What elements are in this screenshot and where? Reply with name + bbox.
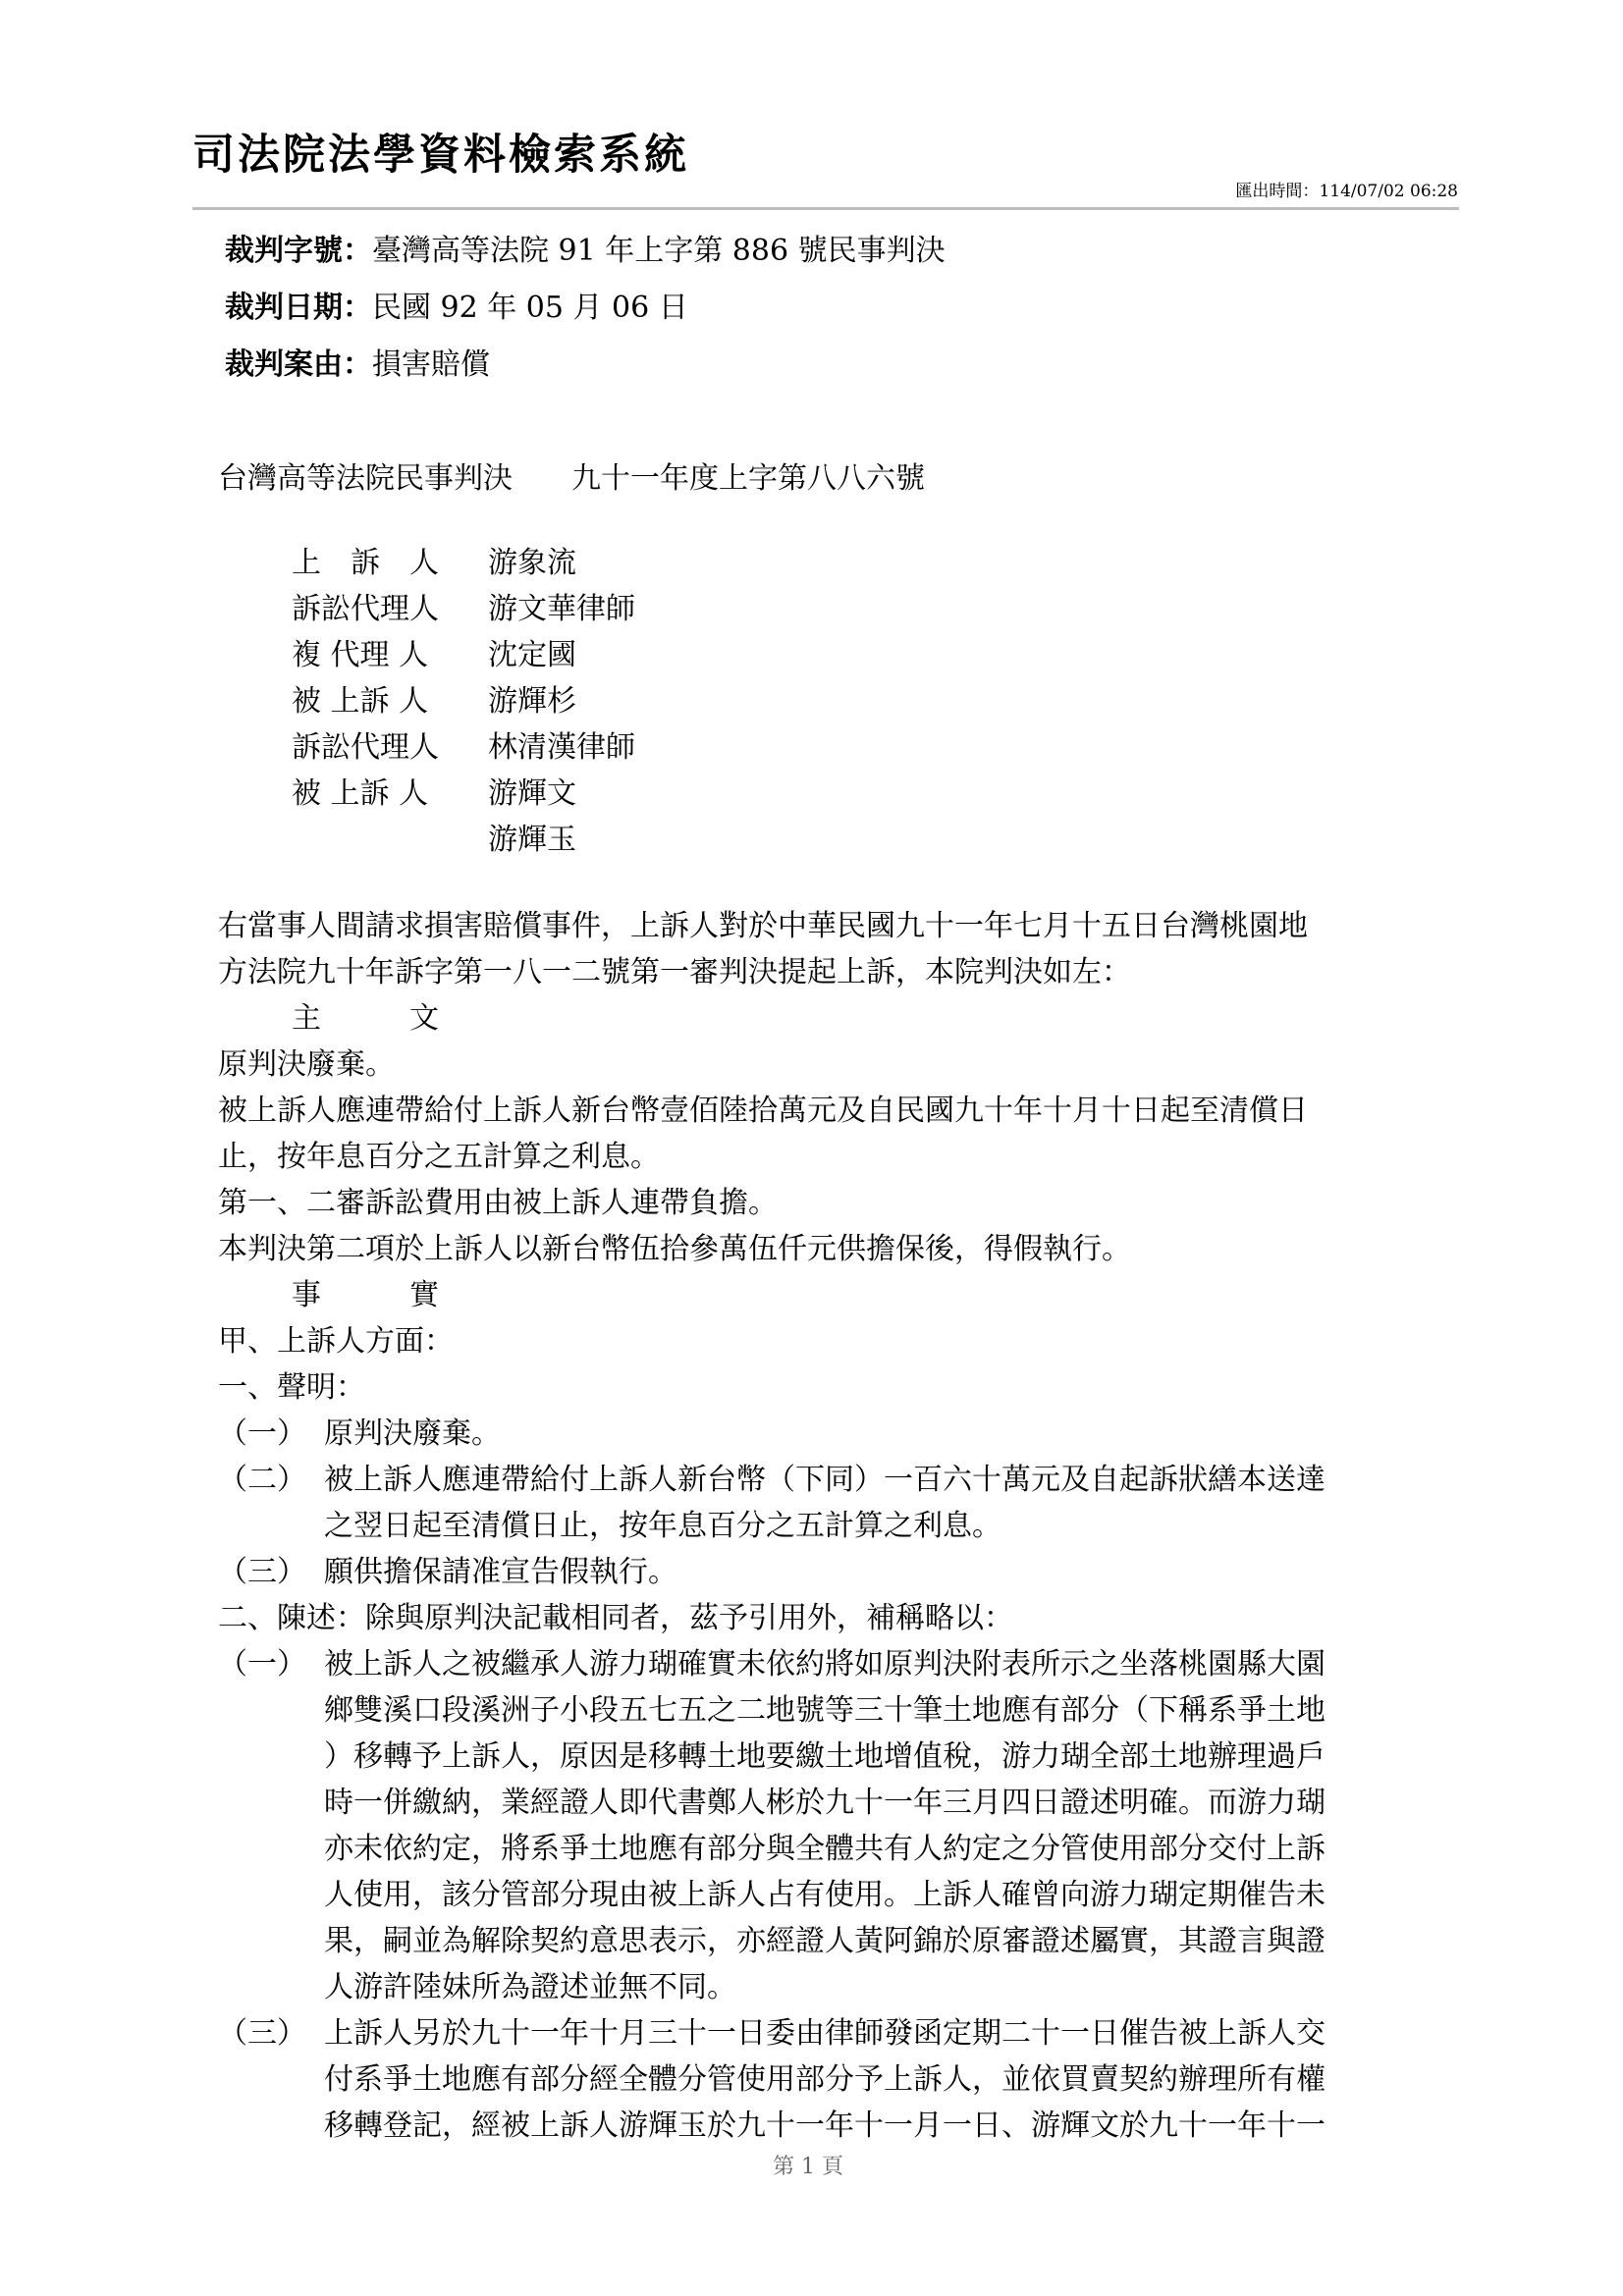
party-name: 游輝杉: [488, 678, 576, 724]
statement-item: （一）被上訴人之被繼承人游力瑚確實未依約將如原判決附表所示之坐落桃園縣大園: [218, 1641, 1457, 1687]
item-continuation: 人游許陸妹所為證述並無不同。: [218, 1964, 1457, 2010]
party-role: 訴訟代理人: [292, 724, 488, 771]
main-line: 本判決第二項於上訴人以新台幣伍拾參萬伍仟元供擔保後，得假執行。: [218, 1226, 1457, 1272]
party-row: 訴訟代理人林清漢律師: [292, 724, 635, 771]
item-text: 上訴人另於九十一年十月三十一日委由律師發函定期二十一日催告被上訴人交: [324, 2016, 1325, 2051]
party-role: [292, 817, 488, 863]
export-time-label: 匯出時間：: [1235, 182, 1319, 201]
party-role: 被 上訴 人: [292, 678, 488, 724]
item-number: （二）: [218, 1457, 324, 1503]
meta-value: 臺灣高等法院 91 年上字第 886 號民事判決: [372, 234, 946, 268]
item-text: 被上訴人之被繼承人游力瑚確實未依約將如原判決附表所示之坐落桃園縣大園: [324, 1647, 1325, 1682]
meta-judgment-date: 裁判日期：民國 92 年 05 月 06 日: [225, 283, 688, 326]
party-name: 沈定國: [488, 632, 576, 678]
header-divider: [192, 207, 1459, 210]
item-continuation: 亦未依約定，將系爭土地應有部分與全體共有人約定之分管使用部分交付上訴: [218, 1826, 1457, 1872]
main-line: 被上訴人應連帶給付上訴人新台幣壹佰陸拾萬元及自民國九十年十月十日起至清償日: [218, 1088, 1457, 1134]
facts-heading: 事 實: [218, 1272, 1457, 1318]
meta-value: 民國 92 年 05 月 06 日: [372, 291, 688, 325]
export-time: 匯出時間：114/07/02 06:28: [1235, 177, 1458, 201]
item-continuation: 鄉雙溪口段溪洲子小段五七五之二地號等三十筆土地應有部分（下稱系爭土地: [218, 1687, 1457, 1734]
party-name: 林清漢律師: [488, 724, 635, 771]
claim-item: （一）原判決廢棄。: [218, 1411, 1457, 1457]
item-number: （三）: [218, 2010, 324, 2056]
item-continuation: 人使用，該分管部分現由被上訴人占有使用。上訴人確曾向游力瑚定期催告未: [218, 1872, 1457, 1918]
intro-line: 方法院九十年訴字第一八一二號第一審判決提起上訴，本院判決如左：: [218, 949, 1457, 995]
party-name: 游象流: [488, 540, 576, 586]
intro-line: 右當事人間請求損害賠償事件，上訴人對於中華民國九十一年七月十五日台灣桃園地: [218, 903, 1457, 949]
party-row: 訴訟代理人游文華律師: [292, 586, 635, 632]
claim-item: （二）被上訴人應連帶給付上訴人新台幣（下同）一百六十萬元及自起訴狀繕本送達: [218, 1457, 1457, 1503]
system-title: 司法院法學資料檢索系統: [192, 122, 689, 182]
item-text: 原判決廢棄。: [324, 1416, 501, 1451]
main-line: 原判決廢棄。: [218, 1041, 1457, 1088]
export-time-value: 114/07/02 06:28: [1319, 182, 1458, 201]
item-number: （三）: [218, 1549, 324, 1595]
court-heading: 台灣高等法院民事判決 九十一年度上字第八八六號: [218, 454, 925, 497]
meta-value: 損害賠償: [372, 347, 490, 382]
party-name: 游輝文: [488, 771, 576, 817]
item-continuation: 移轉登記，經被上訴人游輝玉於九十一年十一月一日、游輝文於九十一年十一: [218, 2103, 1457, 2149]
item-continuation: 付系爭土地應有部分經全體分管使用部分予上訴人，並依買賣契約辦理所有權: [218, 2056, 1457, 2103]
item-continuation: 時一併繳納，業經證人即代書鄭人彬於九十一年三月四日證述明確。而游力瑚: [218, 1780, 1457, 1826]
party-name: 游輝玉: [488, 817, 576, 863]
judgment-body: 右當事人間請求損害賠償事件，上訴人對於中華民國九十一年七月十五日台灣桃園地 方法…: [218, 903, 1457, 2149]
section-heading: 甲、上訴人方面：: [218, 1318, 1457, 1364]
main-line: 第一、二審訴訟費用由被上訴人連帶負擔。: [218, 1180, 1457, 1226]
main-line: 止，按年息百分之五計算之利息。: [218, 1134, 1457, 1180]
party-role: 訴訟代理人: [292, 586, 488, 632]
section-heading: 二、陳述：除與原判決記載相同者，茲予引用外，補稱略以：: [218, 1595, 1457, 1641]
parties-list: 上 訴 人游象流 訴訟代理人游文華律師 複 代理 人沈定國 被 上訴 人游輝杉 …: [292, 540, 635, 863]
claim-item: （三）願供擔保請准宣告假執行。: [218, 1549, 1457, 1595]
party-name: 游文華律師: [488, 586, 635, 632]
meta-label: 裁判案由：: [225, 347, 372, 382]
item-text: 願供擔保請准宣告假執行。: [324, 1555, 677, 1589]
item-continuation: ）移轉予上訴人，原因是移轉土地要繳土地增值稅，游力瑚全部土地辦理過戶: [218, 1734, 1457, 1780]
item-number: （一）: [218, 1411, 324, 1457]
item-text: 被上訴人應連帶給付上訴人新台幣（下同）一百六十萬元及自起訴狀繕本送達: [324, 1463, 1325, 1497]
party-row: 游輝玉: [292, 817, 635, 863]
item-number: （一）: [218, 1641, 324, 1687]
section-heading: 一、聲明：: [218, 1364, 1457, 1411]
party-row: 複 代理 人沈定國: [292, 632, 635, 678]
party-row: 被 上訴 人游輝文: [292, 771, 635, 817]
page-number: 第 1 頁: [773, 2150, 843, 2180]
party-role: 上 訴 人: [292, 540, 488, 586]
item-continuation: 果，嗣並為解除契約意思表示，亦經證人黃阿錦於原審證述屬實，其證言與證: [218, 1918, 1457, 1964]
meta-label: 裁判日期：: [225, 291, 372, 325]
meta-case-cause: 裁判案由：損害賠償: [225, 340, 490, 383]
item-continuation: 之翌日起至清償日止，按年息百分之五計算之利息。: [218, 1503, 1457, 1549]
meta-case-number: 裁判字號：臺灣高等法院 91 年上字第 886 號民事判決: [225, 226, 946, 269]
main-heading: 主 文: [218, 995, 1457, 1041]
meta-label: 裁判字號：: [225, 234, 372, 268]
party-row: 被 上訴 人游輝杉: [292, 678, 635, 724]
party-role: 複 代理 人: [292, 632, 488, 678]
party-row: 上 訴 人游象流: [292, 540, 635, 586]
statement-item: （三）上訴人另於九十一年十月三十一日委由律師發函定期二十一日催告被上訴人交: [218, 2010, 1457, 2056]
party-role: 被 上訴 人: [292, 771, 488, 817]
